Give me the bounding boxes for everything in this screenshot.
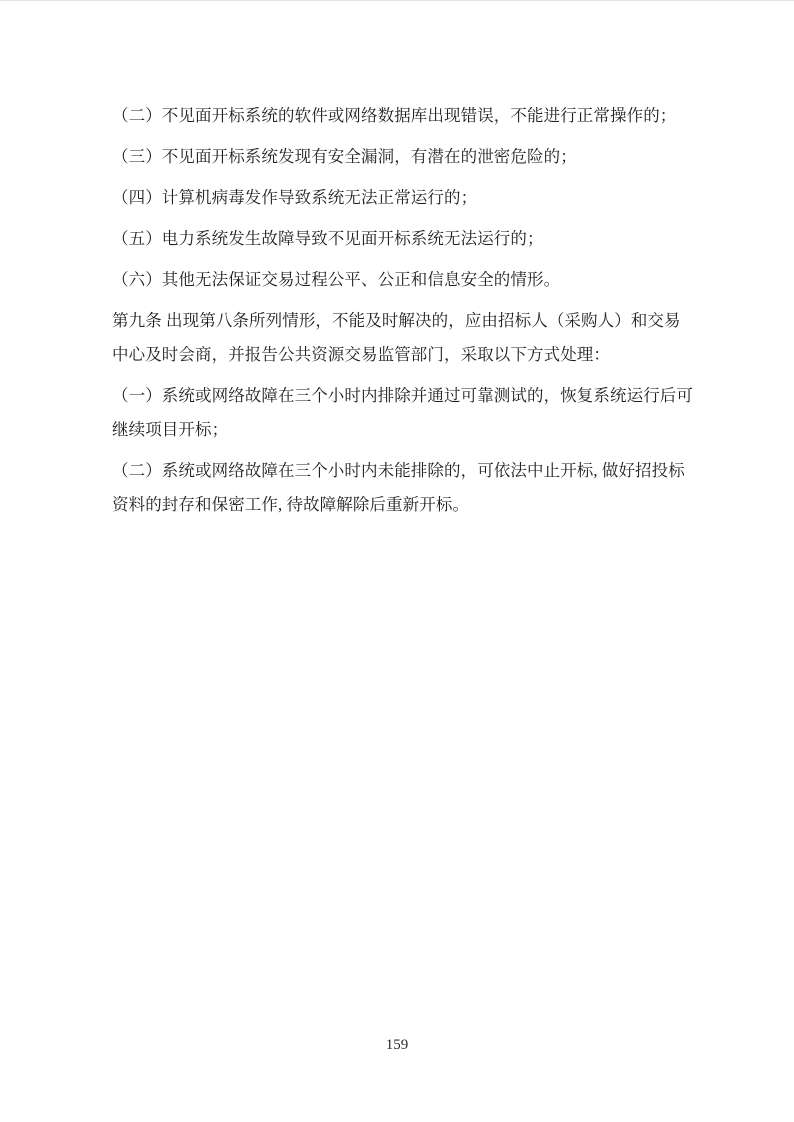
page-top-edge-line: [0, 0, 794, 1]
paragraph-text: （五）电力系统发生故障导致不见面开标系统无法运行的；: [112, 222, 722, 256]
paragraph-text: （一）系统或网络故障在三个小时内排除并通过可靠测试的，恢复系统运行后可: [112, 379, 722, 413]
paragraph-text: 中心及时会商，并报告公共资源交易监管部门，采取以下方式处理：: [112, 338, 722, 372]
page-number: 159: [0, 1037, 794, 1054]
paragraph-text: （四）计算机病毒发作导致系统无法正常运行的；: [112, 181, 722, 215]
paragraph-text: （三）不见面开标系统发现有安全漏洞，有潜在的泄密危险的；: [112, 140, 722, 174]
document-page: （二）不见面开标系统的软件或网络数据库出现错误，不能进行正常操作的； （三）不见…: [0, 0, 794, 1122]
paragraph-item-2: （二）不见面开标系统的软件或网络数据库出现错误，不能进行正常操作的；: [112, 99, 722, 133]
paragraph-text: 继续项目开标；: [112, 413, 722, 447]
paragraph-article-9: 第九条 出现第八条所列情形，不能及时解决的，应由招标人（采购人）和交易 中心及时…: [112, 304, 722, 372]
paragraph-item-4: （四）计算机病毒发作导致系统无法正常运行的；: [112, 181, 722, 215]
paragraph-text: 第九条 出现第八条所列情形，不能及时解决的，应由招标人（采购人）和交易: [112, 304, 722, 338]
paragraph-item-6: （六）其他无法保证交易过程公平、公正和信息安全的情形。: [112, 263, 722, 297]
paragraph-text: 资料的封存和保密工作, 待故障解除后重新开标。: [112, 488, 722, 522]
paragraph-text: （二）不见面开标系统的软件或网络数据库出现错误，不能进行正常操作的；: [112, 99, 722, 133]
document-body: （二）不见面开标系统的软件或网络数据库出现错误，不能进行正常操作的； （三）不见…: [112, 99, 722, 529]
paragraph-subitem-1: （一）系统或网络故障在三个小时内排除并通过可靠测试的，恢复系统运行后可 继续项目…: [112, 379, 722, 447]
paragraph-item-5: （五）电力系统发生故障导致不见面开标系统无法运行的；: [112, 222, 722, 256]
paragraph-text: （六）其他无法保证交易过程公平、公正和信息安全的情形。: [112, 263, 722, 297]
paragraph-item-3: （三）不见面开标系统发现有安全漏洞，有潜在的泄密危险的；: [112, 140, 722, 174]
paragraph-subitem-2: （二）系统或网络故障在三个小时内未能排除的，可依法中止开标, 做好招投标 资料的…: [112, 454, 722, 522]
paragraph-text: （二）系统或网络故障在三个小时内未能排除的，可依法中止开标, 做好招投标: [112, 454, 722, 488]
